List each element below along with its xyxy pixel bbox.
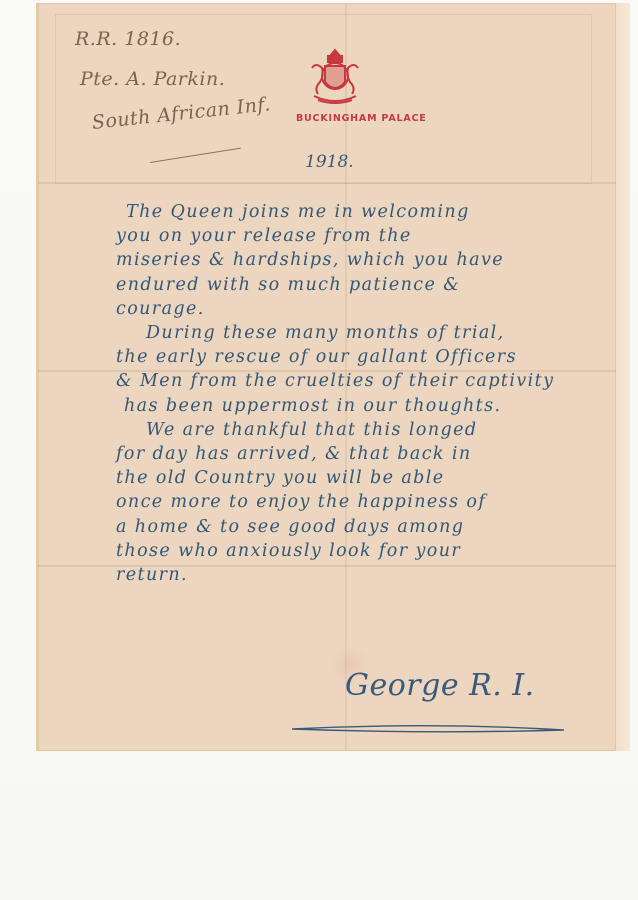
fold-line <box>38 182 616 184</box>
body-line: return. <box>116 563 606 587</box>
body-line: has been uppermost in our thoughts. <box>116 394 606 418</box>
body-line: miseries & hardships, which you have <box>116 248 606 272</box>
body-line: you on your release from the <box>116 224 606 248</box>
signature-flourish <box>290 724 566 734</box>
pencil-annotation-soldier: Pte. A. Parkin. <box>80 68 225 90</box>
body-line: & Men from the cruelties of their captiv… <box>116 369 606 393</box>
body-line: the old Country you will be able <box>116 466 606 490</box>
body-line: endured with so much patience & <box>116 273 606 297</box>
body-line: a home & to see good days among <box>116 515 606 539</box>
body-line: During these many months of trial, <box>116 321 606 345</box>
letter-body: The Queen joins me in welcoming you on y… <box>116 200 606 587</box>
letterhead-title: BUCKINGHAM PALACE <box>296 113 427 124</box>
body-line: those who anxiously look for your <box>116 539 606 563</box>
body-line: courage. <box>116 297 606 321</box>
body-line: We are thankful that this longed <box>116 418 606 442</box>
body-line: once more to enjoy the happiness of <box>116 490 606 514</box>
body-line: the early rescue of our gallant Officers <box>116 345 606 369</box>
letter-date: 1918. <box>305 152 354 172</box>
royal-crest-icon <box>306 46 364 108</box>
body-line: for day has arrived, & that back in <box>116 442 606 466</box>
body-line: The Queen joins me in welcoming <box>116 200 606 224</box>
royal-signature: George R. I. <box>345 668 535 703</box>
pencil-annotation-reference: R.R. 1816. <box>75 28 181 50</box>
